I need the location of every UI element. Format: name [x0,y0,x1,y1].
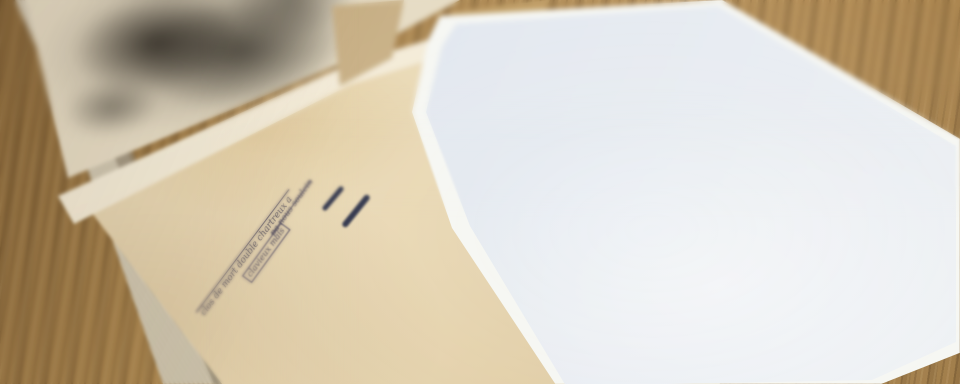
ink-scribble [341,194,371,229]
manuscript-photo: … qui en petit jardin …… du bruant nous … [0,0,960,384]
margin-note: clos de mort double chartreux a [196,189,298,319]
ink-scribble [321,185,344,211]
